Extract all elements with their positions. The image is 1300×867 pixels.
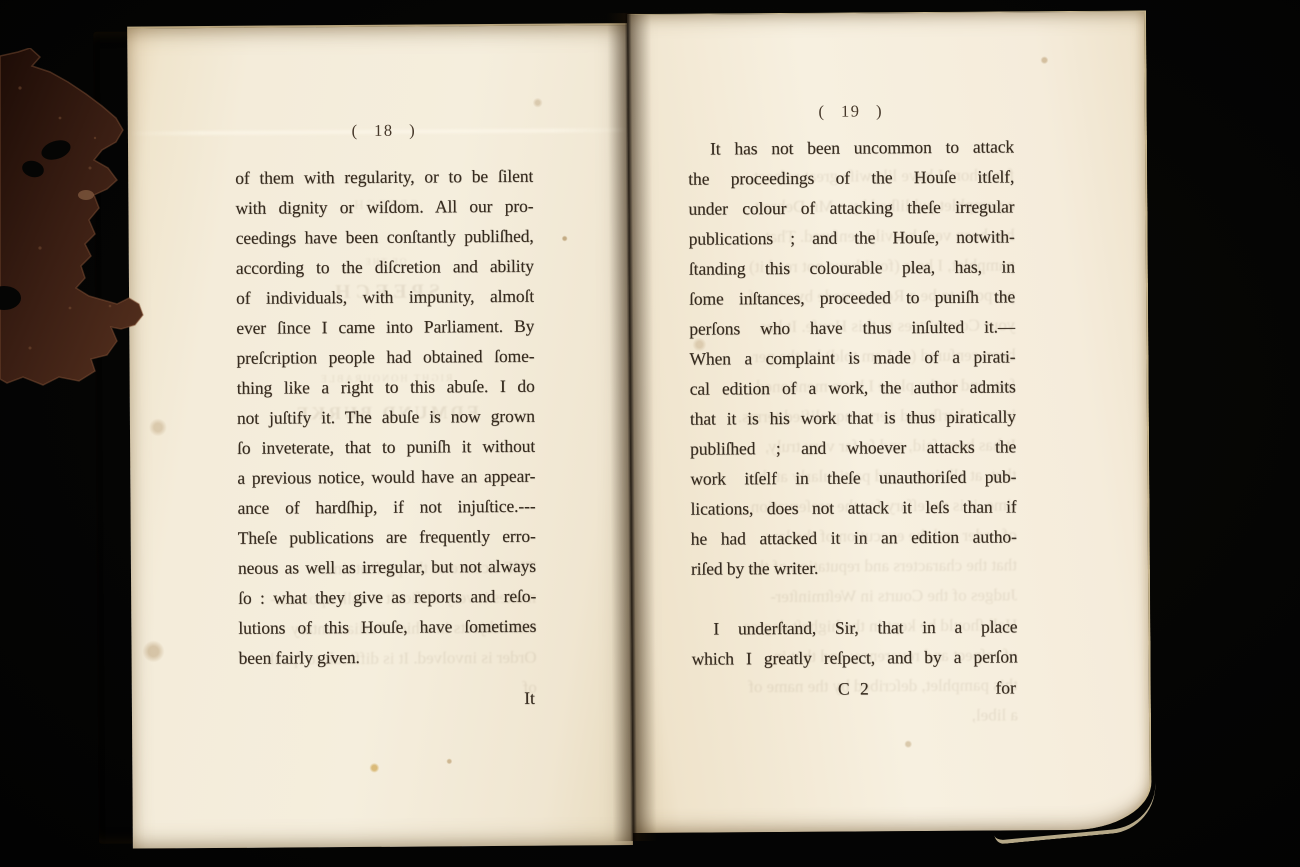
text-line: with dignity or wiſdom. All our pro- (235, 191, 533, 223)
text-line: of individuals, with impunity, almoſt (236, 281, 534, 313)
signature-row: C 2 for (692, 672, 1018, 704)
text-line: which I greatly reſpect, and by a perſon (691, 641, 1017, 673)
signature-mark: C 2 (692, 672, 1018, 704)
text-line: I underſtand, Sir, that in a place (691, 611, 1017, 643)
text-line: thing like a right to this abuſe. I do (237, 371, 535, 403)
text-line: riſed by the writer. (691, 551, 1017, 583)
text-line: ceedings have been conſtantly publiſhed, (236, 221, 534, 253)
right-page-edges (1127, 13, 1148, 203)
artifact-body (0, 48, 143, 385)
photo-canvas: { "book": { "left_page": { "header": "( … (0, 0, 1300, 867)
text-line: that it is his work that is thus piratic… (690, 401, 1016, 433)
text-line: lutions of this Houſe, have ſometimes (238, 611, 536, 643)
page-19-paragraph-1: It has not been uncommon to attackthe pr… (688, 131, 1017, 583)
text-line: It has not been uncommon to attack (688, 131, 1014, 163)
ghost-line: Judges of the Courts in Weſtminſter- (693, 580, 1017, 612)
catchword: for (995, 672, 1016, 702)
open-book: SPEECHOF THESPEECHRIGHT HONOURABLEEDMUND… (0, 0, 1300, 867)
text-line: a previous notice, would have an appear- (237, 461, 535, 493)
text-line: the proceedings of the Houſe itſelf, (688, 161, 1014, 193)
text-line: under colour of attacking theſe irregula… (688, 191, 1014, 223)
page-18-text: of them with regularity, or to be ſilent… (235, 161, 537, 673)
page-19-paragraph-2: I underſtand, Sir, that in a placewhich … (691, 611, 1017, 673)
artifact-wear-patch (78, 190, 94, 200)
text-line: cal edition of a work, the author admits (690, 371, 1016, 403)
text-line: publications ; and the Houſe, notwith- (689, 221, 1015, 253)
text-line: publiſhed ; and whoever attacks the (690, 431, 1016, 463)
text-line: ſtanding this colourable plea, has, in (689, 251, 1015, 283)
text-line: ſo inveterate, that to puniſh it without (237, 431, 535, 463)
metal-bookmark-artifact (0, 48, 154, 390)
text-line: ſo : what they give as reports and reſo- (238, 581, 536, 613)
text-line: perſons who have thus inſulted it.— (689, 311, 1015, 343)
catchword: It (524, 683, 535, 713)
book-gutter (607, 13, 657, 841)
text-line: ſome inſtances, proceeded to puniſh the (689, 281, 1015, 313)
text-line: Theſe publications are frequently erro- (238, 521, 536, 553)
ghost-line: a libel, (694, 700, 1018, 732)
text-line: been fairly given. (238, 641, 536, 673)
text-line: ance of hardſhip, if not injuſtice.--- (237, 491, 535, 523)
text-line: When a complaint is made of a pirati- (689, 341, 1015, 373)
text-line: work itſelf in theſe unauthoriſed pub- (690, 461, 1016, 493)
text-line: lications, does not attack it leſs than … (690, 491, 1016, 523)
text-line: he had attacked it in an edition autho- (691, 521, 1017, 553)
page-number-19: ( 19 ) (688, 97, 1014, 125)
text-line: according to the diſcretion and ability (236, 251, 534, 283)
catchword-row-left: It (239, 683, 537, 715)
text-line: ever ſince I came into Parliament. By (236, 311, 534, 343)
text-line: preſcription people had obtained ſome- (236, 341, 534, 373)
page-number-18: ( 18 ) (235, 117, 533, 145)
text-line: of them with regularity, or to be ſilent (235, 161, 533, 193)
text-line: not juſtify it. The abuſe is now grown (237, 401, 535, 433)
text-line: neous as well as irregular, but not alwa… (238, 551, 536, 583)
